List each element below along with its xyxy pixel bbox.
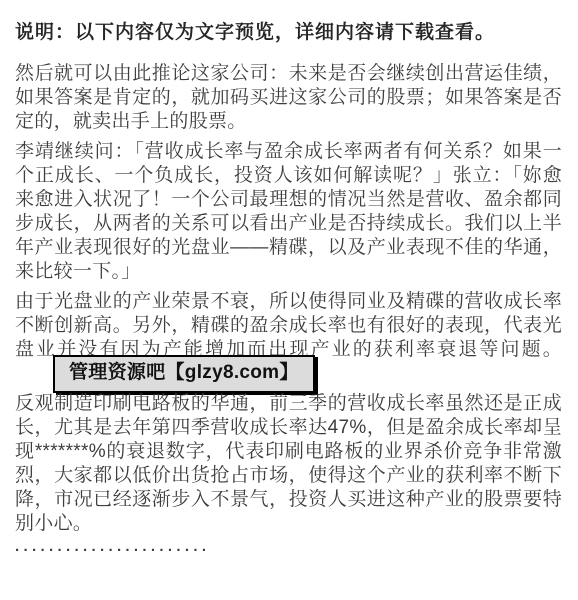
paragraph-1-text: 然后就可以由此推论这家公司：未来是否会继续创出营运佳绩，如果答案是肯定的，就加码… bbox=[15, 63, 562, 132]
paragraph-2: 李靖继续问：「营收成长率与盈余成长率两者有何关系？如果一个正成长、一个负成长，投… bbox=[15, 140, 562, 284]
watermark-box: 管理资源吧【glzy8.com】 bbox=[53, 355, 315, 393]
paragraph-1: 然后就可以由此推论这家公司：未来是否会继续创出营运佳绩，如果答案是肯定的，就加码… bbox=[15, 62, 562, 134]
preview-notice: 说明：以下内容仅为文字预览，详细内容请下载查看。 bbox=[15, 21, 562, 45]
paragraph-3: 由于光盘业的产业荣景不衰，所以使得同业及精碟的营收成长率不断创新高。另外，精碟的… bbox=[15, 290, 562, 386]
text-preview-page: 说明：以下内容仅为文字预览，详细内容请下载查看。 然后就可以由此推论这家公司：未… bbox=[0, 0, 578, 600]
paragraph-4: 反观制造印刷电路板的华通，前三季的营收成长率虽然还是正成长，尤其是去年第四季营收… bbox=[15, 392, 562, 536]
ellipsis-line: ······················· bbox=[15, 544, 562, 558]
paragraph-4-text: 反观制造印刷电路板的华通，前三季的营收成长率虽然还是正成长，尤其是去年第四季营收… bbox=[15, 393, 562, 534]
paragraph-2-text: 李靖继续问：「营收成长率与盈余成长率两者有何关系？如果一个正成长、一个负成长，投… bbox=[15, 141, 562, 282]
paragraph-3-text: 由于光盘业的产业荣景不衰，所以使得同业及精碟的营收成长率不断创新高。另外，精碟的… bbox=[15, 291, 562, 360]
